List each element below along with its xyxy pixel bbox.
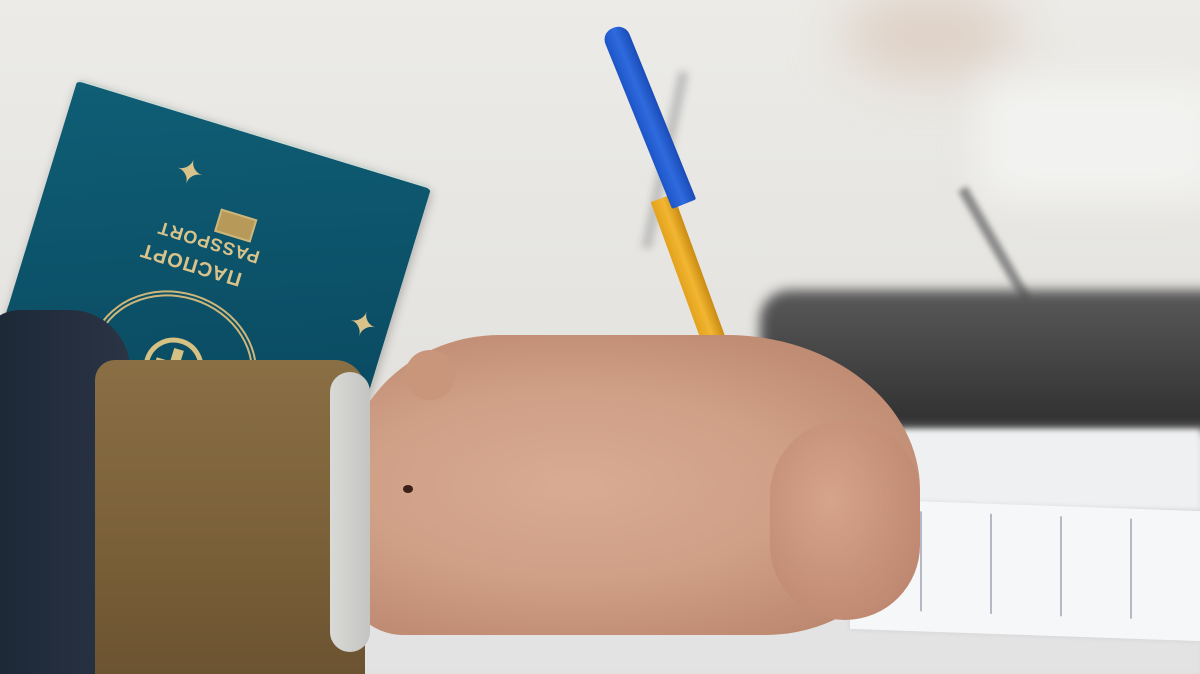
cuff-white-edge: [330, 372, 370, 652]
pen-cap: [601, 23, 696, 209]
star-icon: ✦: [343, 302, 382, 349]
form-column-line: [1130, 519, 1132, 619]
background-paper: [900, 430, 1200, 510]
star-icon: ✦: [170, 149, 209, 196]
knit-cuff: [95, 360, 365, 674]
form-column-line: [1060, 516, 1062, 616]
pen-body: [651, 194, 725, 343]
hand-knuckles: [770, 420, 920, 620]
blurred-background-pen-2: [958, 186, 1032, 304]
blurred-background-person: [840, 0, 1020, 80]
form-column-line: [920, 511, 922, 611]
thumb: [405, 350, 455, 400]
blurred-background-object: [980, 80, 1200, 200]
form-column-line: [990, 514, 992, 614]
mole-on-hand: [403, 485, 413, 493]
